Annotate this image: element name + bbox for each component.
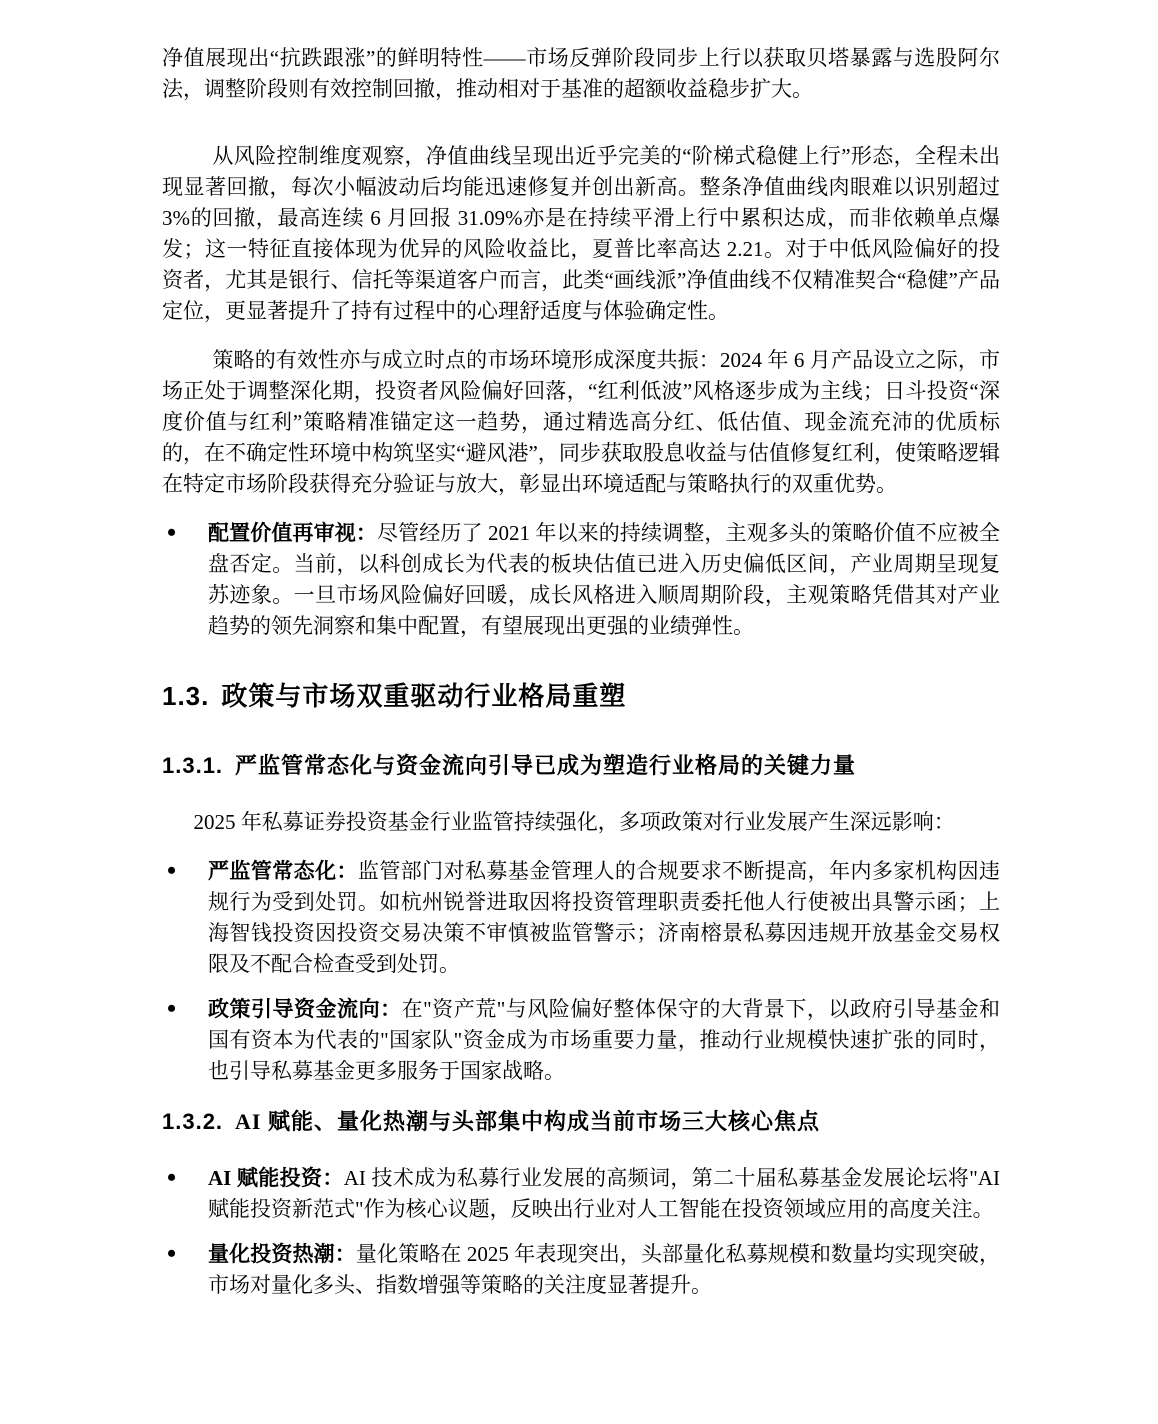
heading-1-3-1: 1.3.1.严监管常态化与资金流向引导已成为塑造行业格局的关键力量 [162, 751, 1000, 781]
list-item-allocation-value: 配置价值再审视：尽管经历了 2021 年以来的持续调整，主观多头的策略价值不应被… [162, 518, 1000, 642]
list-item-quant-boom-label: 量化投资热潮： [208, 1242, 356, 1266]
heading-1-3-number: 1.3. [162, 681, 209, 711]
heading-1-3-1-text: 严监管常态化与资金流向引导已成为塑造行业格局的关键力量 [235, 753, 856, 778]
heading-1-3-1-number: 1.3.1. [162, 753, 223, 778]
bullet-list-market-focus: AI 赋能投资：AI 技术成为私募行业发展的高频词，第二十届私募基金发展论坛将"… [162, 1163, 1000, 1301]
list-item-quant-boom: 量化投资热潮：量化策略在 2025 年表现突出，头部量化私募规模和数量均实现突破… [162, 1239, 1000, 1301]
heading-1-3-2-text: AI 赋能、量化热潮与头部集中构成当前市场三大核心焦点 [235, 1109, 820, 1134]
heading-1-3: 1.3.政策与市场双重驱动行业格局重塑 [162, 678, 1000, 715]
list-item-ai-investing-label: AI 赋能投资： [208, 1166, 344, 1190]
paragraph-supervision-2025: 2025 年私募证券投资基金行业监管持续强化，多项政策对行业发展产生深远影响： [162, 807, 1000, 838]
list-item-policy-funds-label: 政策引导资金流向： [208, 997, 402, 1021]
bullet-list-policy: 严监管常态化：监管部门对私募基金管理人的合规要求不断提高，年内多家机构因违规行为… [162, 856, 1000, 1087]
paragraph-strategy-resonance: 策略的有效性亦与成立时点的市场环境形成深度共振：2024 年 6 月产品设立之际… [162, 345, 1000, 500]
heading-1-3-2-number: 1.3.2. [162, 1109, 223, 1134]
heading-1-3-text: 政策与市场双重驱动行业格局重塑 [221, 682, 626, 711]
list-item-regulation-label: 严监管常态化： [208, 859, 358, 883]
document-page: 净值展现出“抗跌跟涨”的鲜明特性——市场反弹阶段同步上行以获取贝塔暴露与选股阿尔… [0, 0, 1158, 1424]
list-item-ai-investing: AI 赋能投资：AI 技术成为私募行业发展的高频词，第二十届私募基金发展论坛将"… [162, 1163, 1000, 1225]
list-item-allocation-label: 配置价值再审视： [208, 521, 377, 545]
list-item-regulation: 严监管常态化：监管部门对私募基金管理人的合规要求不断提高，年内多家机构因违规行为… [162, 856, 1000, 980]
heading-1-3-2: 1.3.2.AI 赋能、量化热潮与头部集中构成当前市场三大核心焦点 [162, 1107, 1000, 1137]
paragraph-net-value: 净值展现出“抗跌跟涨”的鲜明特性——市场反弹阶段同步上行以获取贝塔暴露与选股阿尔… [162, 43, 1000, 105]
bullet-list-strategy-review: 配置价值再审视：尽管经历了 2021 年以来的持续调整，主观多头的策略价值不应被… [162, 518, 1000, 642]
list-item-policy-funds: 政策引导资金流向：在"资产荒"与风险偏好整体保守的大背景下，以政府引导基金和国有… [162, 994, 1000, 1087]
paragraph-risk-control: 从风险控制维度观察，净值曲线呈现出近乎完美的“阶梯式稳健上行”形态，全程未出现显… [162, 141, 1000, 327]
